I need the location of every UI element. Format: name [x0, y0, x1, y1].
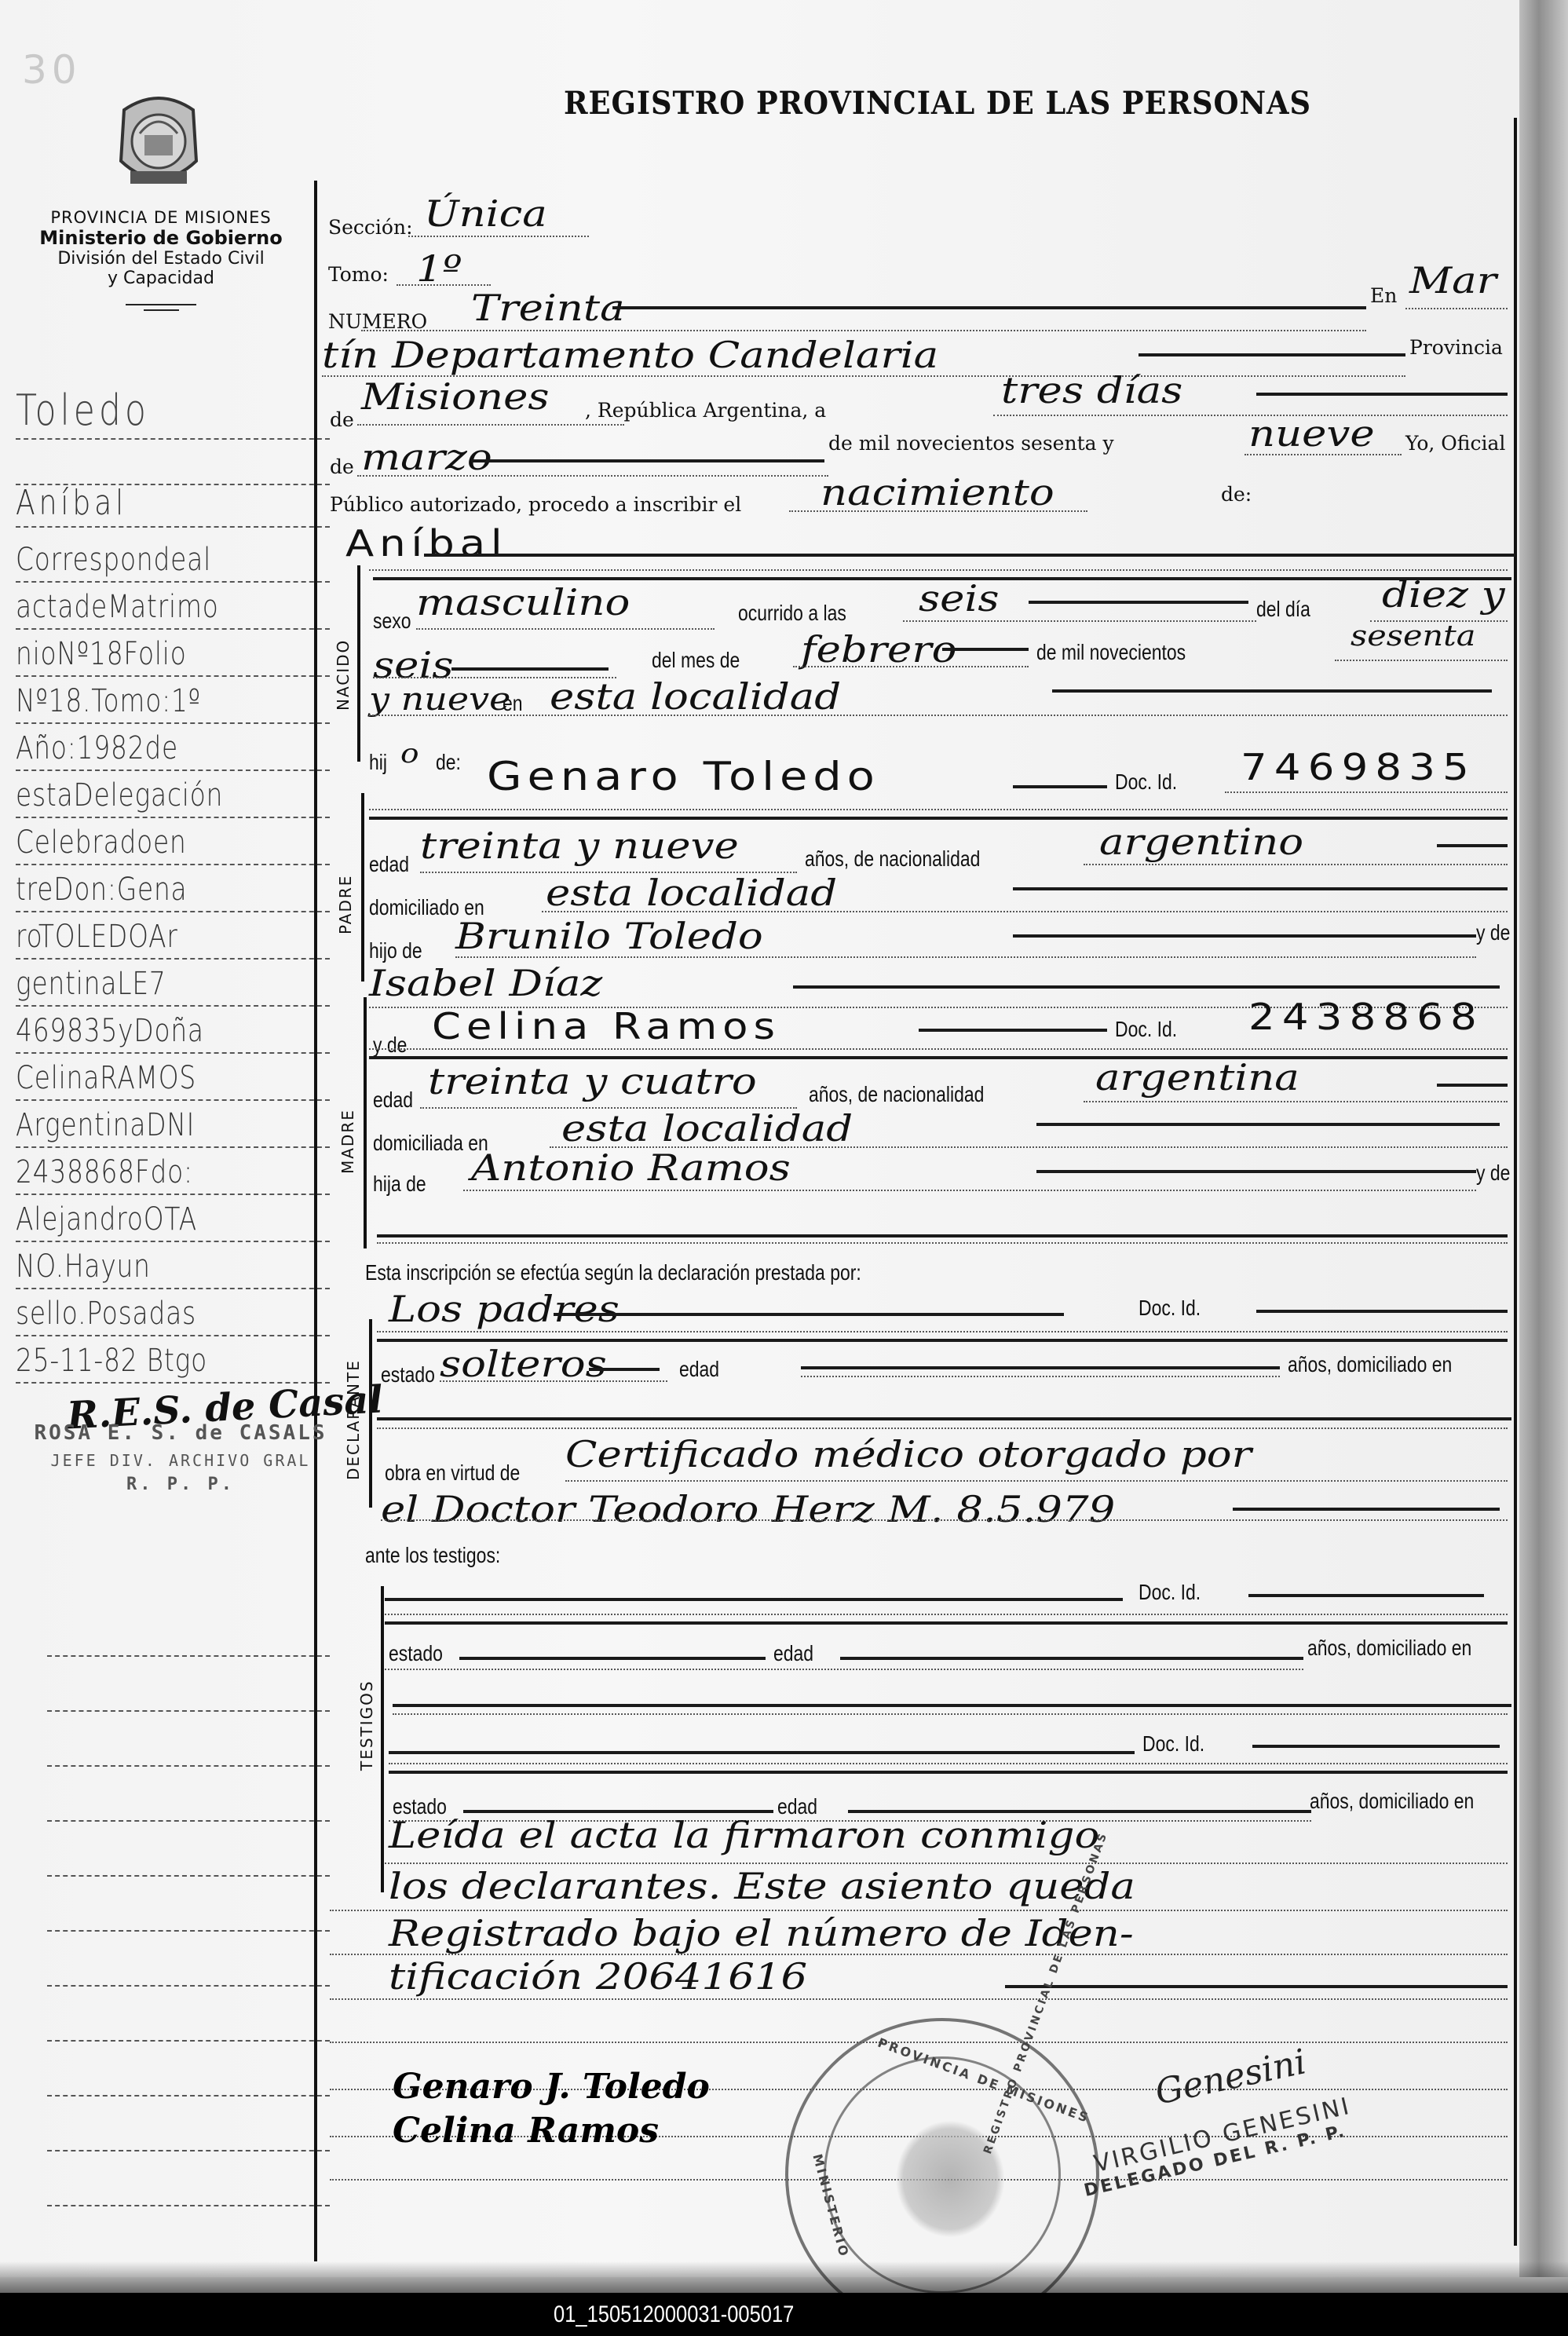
declarante-dom-line: [377, 1417, 1511, 1420]
testigo1-edad-label: edad: [773, 1641, 813, 1666]
margin-note-line: roTOLEDOAr: [16, 912, 330, 960]
abuela-materna-line: [377, 1234, 1508, 1237]
abuelo-materno-dots: [463, 1190, 1476, 1191]
madre-edad-label: edad: [373, 1088, 413, 1113]
padre-nac-label: años, de nacionalidad: [805, 846, 980, 872]
obra-label: obra en virtud de: [385, 1460, 520, 1486]
declarante-nombre-line: [554, 1313, 1064, 1316]
republica-label: , República Argentina, a: [585, 399, 826, 422]
scan-id-bar: 01_150512000031-005017: [0, 2293, 1568, 2336]
padre-nac-dots: [1084, 864, 1508, 865]
abuela-paterna-line: [793, 985, 1500, 989]
padre-nombre-dots: [369, 809, 1508, 810]
dia-line: [1256, 393, 1508, 396]
padre-dom-value: esta localidad: [546, 872, 837, 914]
lugar-nac-line: [1052, 689, 1492, 693]
declarante-doc-line: [1256, 1310, 1508, 1313]
section-label-madre: MADRE: [338, 1109, 357, 1174]
numero-dots: [361, 330, 1366, 331]
declarante-estado-value: solteros: [440, 1343, 607, 1385]
hijo-label: hij: [369, 750, 387, 775]
madre-nac-line: [1437, 1084, 1508, 1087]
dia-value-cont: seis: [373, 644, 454, 686]
declarante-edad-dots: [801, 1376, 1280, 1377]
provincia-dots: [357, 424, 624, 426]
padre-nombre-line: [1013, 785, 1107, 788]
hora-label: ocurrido a las: [738, 601, 846, 626]
divider: [144, 309, 179, 311]
padre-doc-value: 7469835: [1241, 746, 1476, 788]
margin-note-line: Nº18.Tomo:1º: [16, 677, 330, 724]
testigo2-doc-label: Doc. Id.: [1142, 1731, 1204, 1757]
mes-dots: [357, 475, 828, 477]
hora-value: seis: [919, 577, 1000, 620]
declarante-edad-line: [801, 1366, 1280, 1369]
hora-line: [1029, 601, 1248, 604]
abuela-materna-dots: [377, 1242, 1508, 1244]
dia-en-letras-value: tres días: [1001, 369, 1182, 411]
obra-cont-line: [1233, 1508, 1500, 1511]
margin-note-line: 2438868Fdo:: [16, 1148, 330, 1195]
tomo-value: 1º: [416, 247, 462, 290]
padre-bracket: [361, 793, 364, 982]
margin-note-line: nioNº18Folio: [16, 630, 330, 677]
abuelo-paterno-dots: [455, 956, 1476, 958]
sexo-label: sexo: [373, 609, 411, 634]
padre-doc-label: Doc. Id.: [1115, 770, 1177, 795]
lugar-nac-en-label: en: [503, 691, 523, 716]
nombre-line: [424, 554, 1515, 557]
declarante-divider: [377, 1339, 1508, 1342]
declarante-doc-label: Doc. Id.: [1139, 1296, 1201, 1321]
oficial-label: Yo, Oficial: [1405, 432, 1505, 455]
declarante-anios-label: años, domiciliado en: [1288, 1352, 1452, 1377]
testigo1-doc-label: Doc. Id.: [1139, 1580, 1201, 1605]
testigo2-doc-line: [1252, 1745, 1500, 1748]
mes-nac-label: del mes de: [652, 648, 740, 673]
hijo-suffix-value: o: [400, 738, 419, 770]
madre-nac-value: argentina: [1095, 1056, 1299, 1099]
lugar-value: tín Departamento Candelaria: [322, 334, 938, 376]
madre-doc-label: Doc. Id.: [1115, 1017, 1177, 1042]
margin-note-line: CelinaRAMOS: [16, 1054, 330, 1101]
testigo1-divider: [385, 1621, 1508, 1625]
padre-edad-value: treinta y nueve: [420, 824, 739, 867]
section-label-testigos: TESTIGOS: [357, 1680, 376, 1771]
madre-bracket: [364, 997, 367, 1248]
hora-dots: [903, 620, 1256, 622]
testigo1-edad-dots: [385, 1669, 1303, 1670]
sexo-value: masculino: [416, 581, 630, 623]
testigo1-dots: [385, 1614, 1508, 1615]
madre-dots: [369, 1048, 1508, 1050]
margin-given-name: Aníbal: [16, 485, 330, 528]
coat-of-arms-icon: [108, 86, 209, 196]
testigo1-nombre-line: [385, 1598, 1123, 1601]
abuelo-paterno-line: [1013, 934, 1476, 938]
padre-y-de-label: y de: [1476, 920, 1510, 945]
testigo2-anios-label: años, domiciliado en: [1310, 1789, 1474, 1814]
margin-surname: Toledo: [16, 385, 330, 440]
testigo1-doc-line: [1248, 1594, 1484, 1597]
margin-note-line: treDon:Gena: [16, 865, 330, 912]
section-label-nacido: NACIDO: [334, 639, 353, 711]
dia-cont-line: [451, 667, 609, 671]
declaracion-intro: Esta inscripción se efectúa según la dec…: [365, 1260, 861, 1285]
mother-signature: Celina Ramos: [393, 2109, 710, 2153]
margin-note-line: Año:1982de: [16, 724, 330, 771]
acto-dots: [789, 510, 1087, 512]
en-label: En: [1370, 284, 1397, 307]
padre-hijo-de-label: hijo de: [369, 938, 422, 963]
declarante-nombre-value: Los padres: [389, 1288, 620, 1330]
obra-cont-dots: [381, 1519, 1508, 1521]
issuing-authority: PROVINCIA DE MISIONES Ministerio de Gobi…: [8, 208, 314, 311]
hijo-de-label: de:: [436, 750, 461, 775]
closing-line-4: tificación 20641616: [389, 1955, 807, 1998]
dia-value: diez y: [1382, 573, 1505, 616]
declarante-edad-label: edad: [679, 1357, 719, 1382]
madre-doc-value: 2438868: [1248, 996, 1484, 1038]
mes-nac-dots: [793, 666, 1029, 667]
stamp-org: R. P. P.: [24, 1475, 338, 1494]
anio-nac-value-cont: y nueve: [369, 682, 510, 718]
padre-nombre-value: Genaro Toledo: [487, 754, 880, 799]
declarante-dots: [377, 1331, 1508, 1333]
padre-nac-line: [1437, 844, 1508, 847]
madre-divider: [369, 1056, 1508, 1059]
margin-note-line: ArgentinaDNI: [16, 1101, 330, 1148]
mes-nac-value: febrero: [801, 628, 956, 671]
testigo2-dots: [389, 1763, 1508, 1764]
stamp-name: ROSA E. S. de CASALS: [24, 1421, 338, 1445]
nombre-dots: [369, 569, 1508, 571]
madre-nac-label: años, de nacionalidad: [809, 1082, 984, 1107]
testigos-intro: ante los testigos:: [365, 1543, 500, 1568]
en-value: Mar: [1409, 259, 1497, 302]
closing-dots-4: [330, 1998, 1508, 2000]
mes-de-label: de: [330, 455, 354, 478]
margin-note-line: estaDelegación: [16, 771, 330, 818]
inscribir-de-label: de:: [1221, 483, 1252, 506]
lugar-nac-dots: [369, 715, 1508, 716]
margin-note-line: 469835yDoña: [16, 1007, 330, 1054]
seccion-label: Sección:: [328, 216, 413, 239]
margin-note-line: sello.Posadas: [16, 1289, 330, 1336]
page-edge: [1519, 0, 1568, 2277]
madre-y-de-label: y de: [373, 1033, 407, 1058]
archive-chief-stamp: ROSA E. S. de CASALS JEFE DIV. ARCHIVO G…: [24, 1421, 338, 1494]
page-curl-shadow: [0, 2261, 1568, 2293]
testigo1-dom-dots: [393, 1713, 1508, 1715]
division-name-cont: y Capacidad: [8, 269, 314, 288]
declarante-estado-label: estado: [381, 1362, 435, 1387]
testigo2-estado-line: [463, 1810, 773, 1813]
scan-id: 01_150512000031-005017: [554, 2293, 794, 2336]
declarante-estado-dots: [440, 1380, 667, 1382]
abuelo-materno-value: Antonio Ramos: [471, 1146, 791, 1189]
madre-y-de2-label: y de: [1476, 1161, 1510, 1186]
margin-blank-line: [16, 440, 330, 485]
testigo1-anios-label: años, domiciliado en: [1307, 1636, 1471, 1661]
seccion-value: Única: [424, 192, 547, 235]
anio-nac-value: sesenta: [1351, 620, 1475, 653]
nacido-bracket: [357, 565, 360, 762]
madre-hija-de-label: hija de: [373, 1172, 426, 1197]
sexo-dots: [416, 628, 715, 630]
lugar-line: [1139, 353, 1405, 356]
division-name: División del Estado Civil: [8, 249, 314, 269]
mes-line: [471, 459, 824, 462]
madre-nombre-value: Celina Ramos: [432, 1005, 780, 1047]
testigo2-edad-line: [848, 1810, 1311, 1813]
lugar-nac-value: esta localidad: [550, 675, 841, 718]
obra-value: Certificado médico otorgado por: [565, 1433, 1252, 1475]
closing-line-2: los declarantes. Este asiento queda: [389, 1865, 1135, 1907]
mes-value: marzo: [361, 436, 492, 478]
anio-nac-label: de mil novecientos: [1036, 640, 1186, 665]
padre-doc-dots: [1225, 791, 1508, 793]
testigo1-estado-label: estado: [389, 1641, 443, 1666]
testigo2-nombre-line: [389, 1751, 1135, 1754]
abuelo-paterno-value: Brunilo Toledo: [455, 915, 763, 957]
madre-nombre-line: [919, 1029, 1107, 1032]
madre-dom-value: esta localidad: [561, 1107, 853, 1150]
margin-note-line: Celebradoen: [16, 818, 330, 865]
tomo-label: Tomo:: [328, 263, 389, 286]
margin-note-line: AlejandroOTA: [16, 1195, 330, 1242]
folio-number: 30: [22, 47, 82, 93]
madre-dom-line: [1036, 1123, 1500, 1126]
testigo1-dom-line: [393, 1704, 1511, 1707]
provincia-value: Misiones: [361, 375, 550, 418]
testigo2-divider: [389, 1771, 1508, 1774]
provincia-de-label: de: [330, 408, 354, 431]
father-signature: Genaro J. Toledo: [393, 2065, 710, 2109]
acto-value: nacimiento: [821, 471, 1054, 514]
document-title: REGISTRO PROVINCIAL DE LAS PERSONAS: [564, 85, 1311, 122]
abuela-paterna-value: Isabel Díaz: [369, 962, 602, 1004]
padre-dom-dots: [542, 911, 1508, 912]
parents-signatures: Genaro J. Toledo Celina Ramos: [393, 2065, 710, 2153]
anio-value: nueve: [1248, 412, 1375, 455]
seccion-line: [408, 236, 589, 237]
right-border: [1514, 118, 1517, 2246]
numero-line: [612, 306, 1366, 309]
obra-dots: [565, 1480, 1508, 1482]
provincia-label: Provincia: [1409, 336, 1503, 359]
closing-line-4-rule: [1005, 1985, 1508, 1988]
closing-line-3: Registrado bajo el número de Iden-: [389, 1912, 1134, 1954]
mes-nac-line: [942, 648, 1029, 651]
margin-note-line: Correspondeal: [16, 528, 330, 583]
margin-note-line: actadeMatrimo: [16, 583, 330, 630]
padre-dom-line: [1013, 887, 1508, 890]
obra-value-cont: el Doctor Teodoro Herz M. 8.5.979: [381, 1488, 1115, 1530]
testigo1-estado-line: [459, 1657, 766, 1660]
declarante-estado-line: [589, 1368, 660, 1371]
padre-nac-value: argentino: [1099, 821, 1303, 863]
madre-edad-value: treinta y cuatro: [428, 1060, 757, 1102]
numero-value: Treinta: [471, 287, 625, 329]
dia-label: del día: [1256, 597, 1310, 622]
closing-dots-2: [330, 1910, 1508, 1911]
margin-note-line: gentinaLE7: [16, 960, 330, 1007]
closing-line-1: Leída el acta la firmaron conmigo: [389, 1814, 1099, 1856]
testigo1-edad-line: [840, 1657, 1303, 1660]
province-name: PROVINCIA DE MISIONES: [8, 208, 314, 227]
anio-dots: [1245, 454, 1402, 455]
nombre-inscripto-value: Aníbal: [345, 522, 508, 565]
en-dots: [1405, 308, 1508, 309]
padre-edad-label: edad: [369, 852, 409, 877]
testigos-bracket: [381, 1586, 384, 1892]
padre-divider: [369, 817, 1508, 820]
margin-note-line: 25-11-82 Btgo: [16, 1336, 330, 1384]
declarante-dom-dots: [377, 1428, 1508, 1429]
divider: [126, 304, 196, 305]
margin-blank-lines: [47, 1602, 330, 2206]
margin-annotation: Toledo Aníbal Correspondeal actadeMatrim…: [16, 385, 330, 1384]
section-label-padre: PADRE: [336, 875, 355, 934]
margin-note-line: NO.Hayun: [16, 1242, 330, 1289]
anio-label: de mil novecientos sesenta y: [828, 432, 1114, 455]
anio-nac-dots: [1335, 660, 1508, 661]
inscribir-label: Público autorizado, procedo a inscribir …: [330, 493, 741, 516]
closing-dots-1: [385, 1863, 1508, 1864]
ministry-name: Ministerio de Gobierno: [8, 227, 314, 249]
abuelo-materno-line: [1036, 1170, 1476, 1173]
madre-nac-dots: [1084, 1101, 1508, 1102]
stamp-title: JEFE DIV. ARCHIVO GRAL: [24, 1451, 338, 1470]
